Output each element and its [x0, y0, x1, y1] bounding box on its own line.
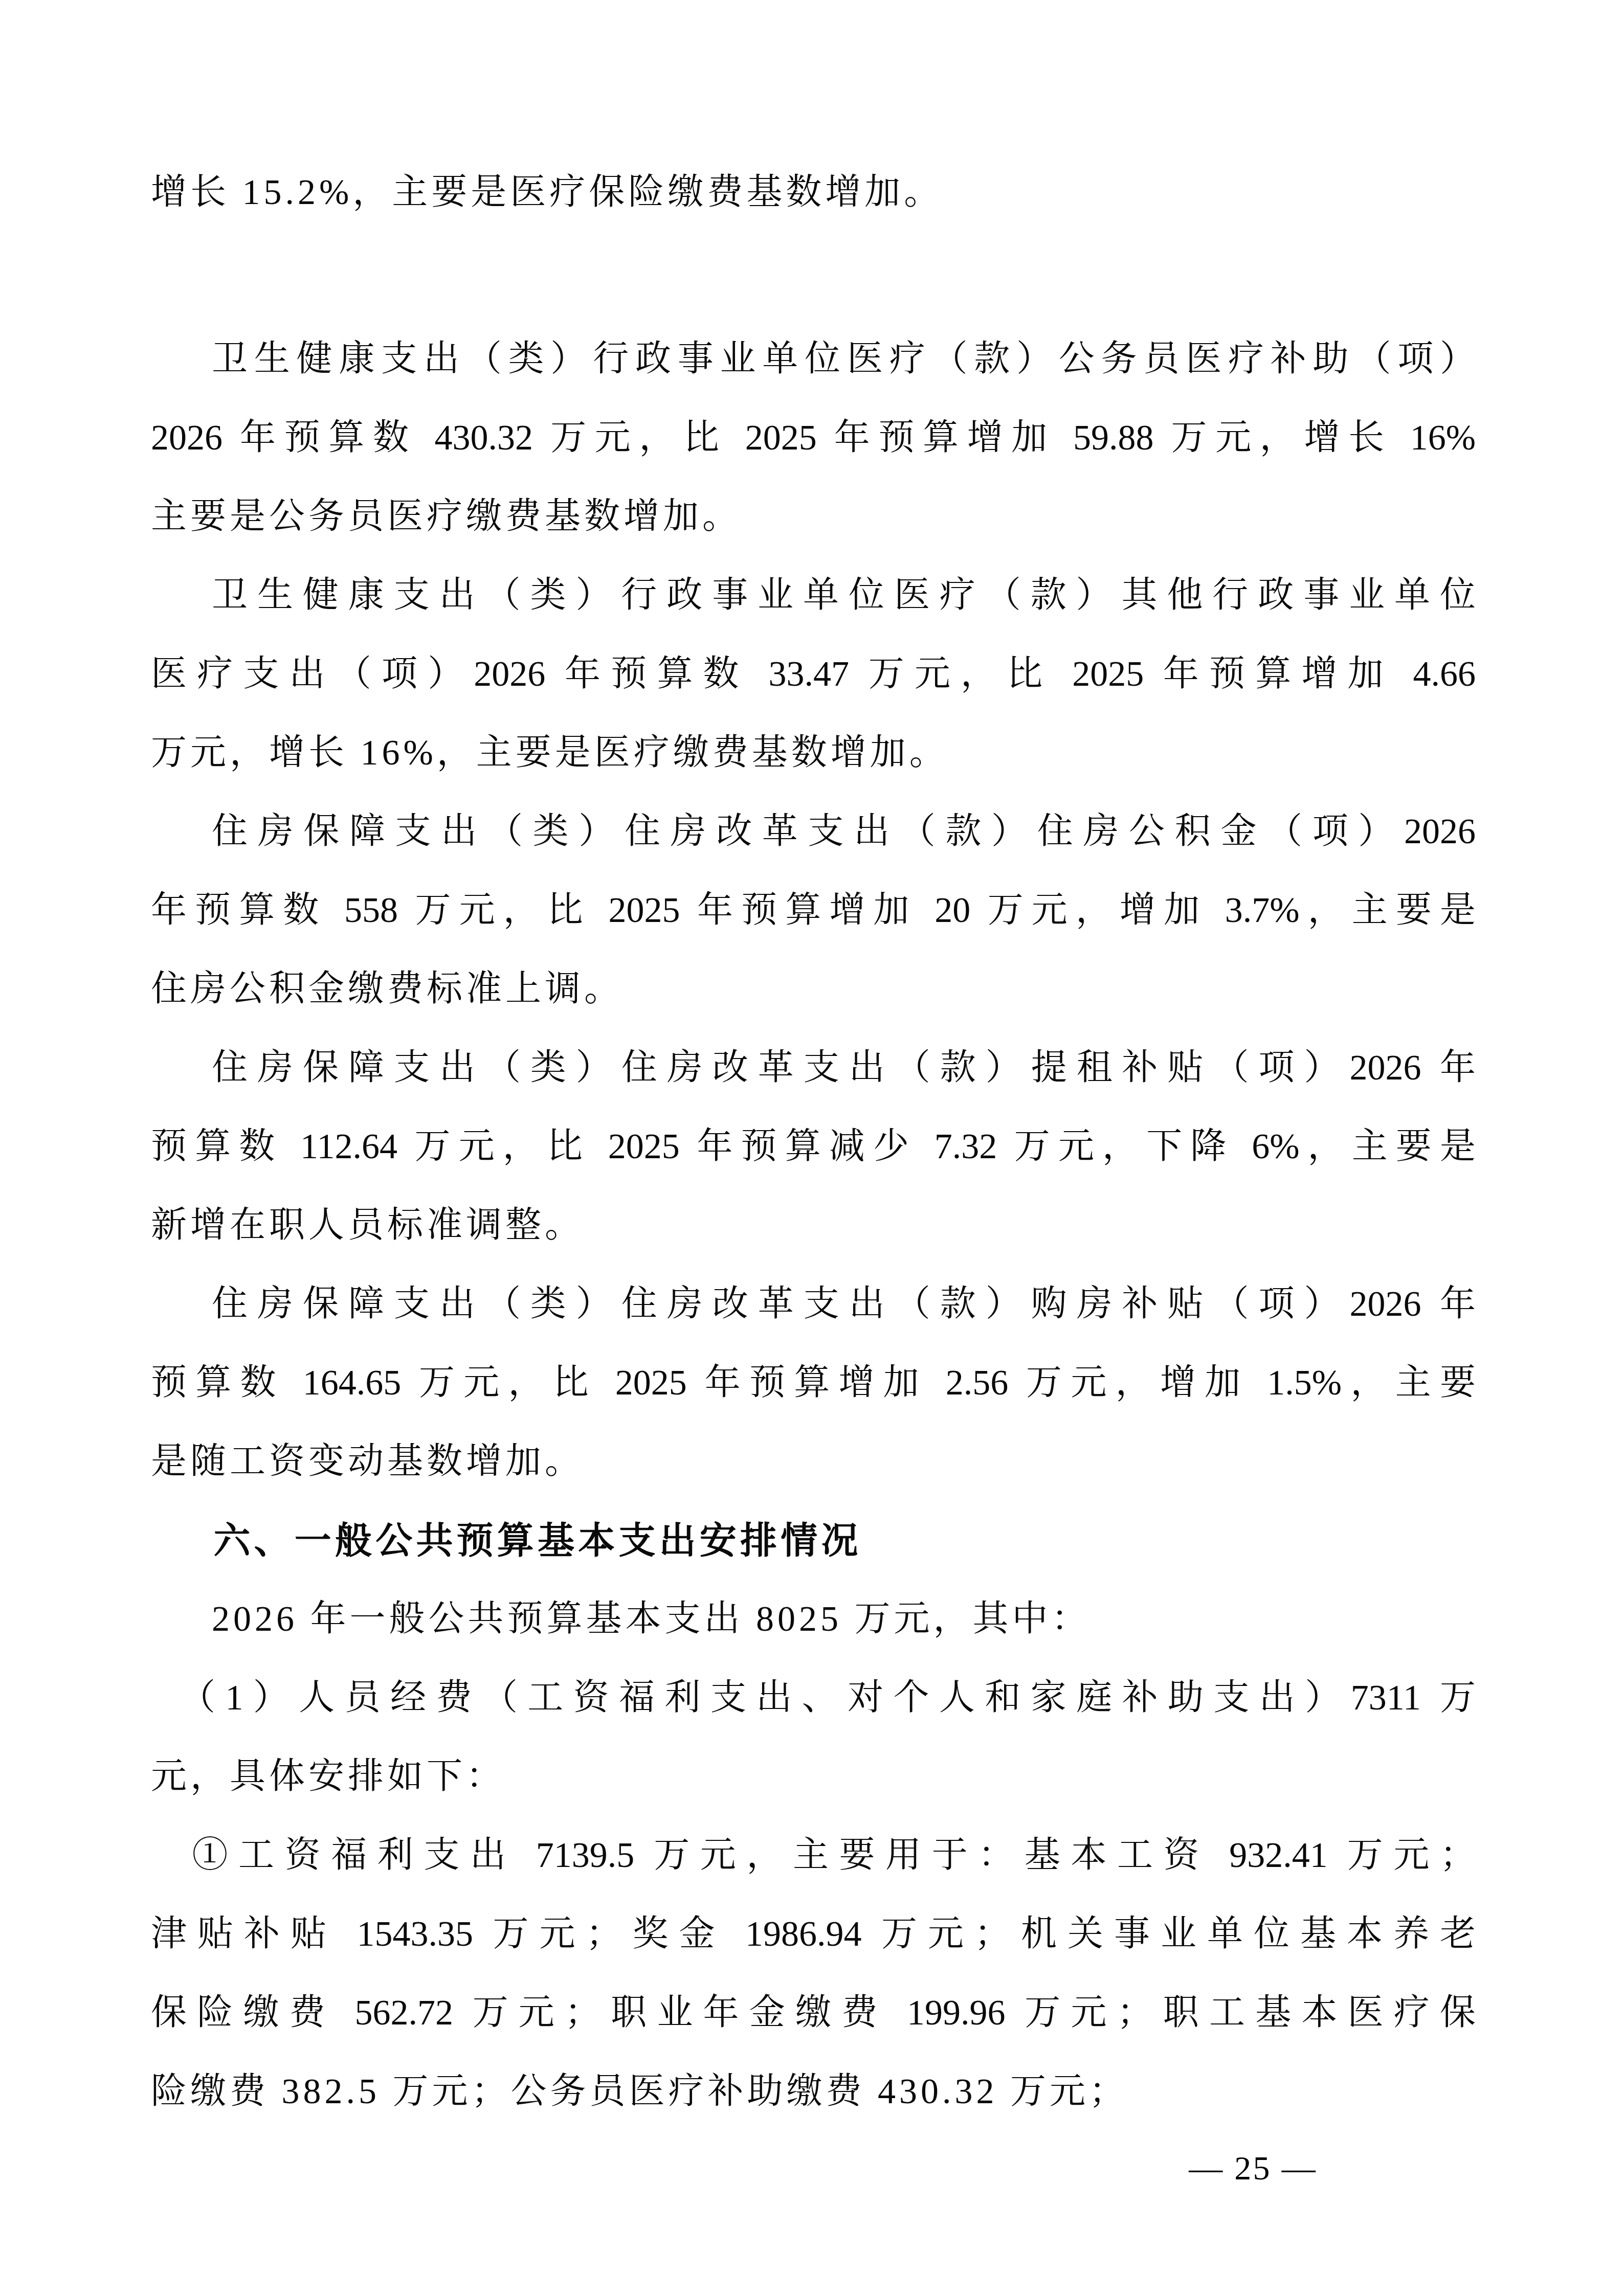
text-line: 元，具体安排如下：: [151, 1738, 1476, 1816]
document-body: 增长 15.2%，主要是医疗保险缴费基数增加。 卫生健康支出（类）行政事业单位医…: [151, 153, 1476, 2131]
text-line: 年预算数 558 万元，比 2025 年预算增加 20 万元，增加 3.7%，主…: [151, 871, 1476, 950]
text-line: 保险缴费 562.72 万元；职业年金缴费 199.96 万元；职工基本医疗保: [151, 1974, 1476, 2053]
text-line: 增长 15.2%，主要是医疗保险缴费基数增加。: [151, 153, 1476, 232]
text-line: 津贴补贴 1543.35 万元；奖金 1986.94 万元；机关事业单位基本养老: [151, 1895, 1476, 1974]
text-line: 预算数 112.64 万元，比 2025 年预算减少 7.32 万元，下降 6%…: [151, 1108, 1476, 1186]
text-line: 新增在职人员标准调整。: [151, 1186, 1476, 1265]
text-line: 险缴费 382.5 万元；公务员医疗补助缴费 430.32 万元；: [151, 2053, 1476, 2131]
text-line: 卫生健康支出（类）行政事业单位医疗（款）其他行政事业单位: [151, 556, 1476, 635]
text-line: 住房保障支出（类）住房改革支出（款）购房补贴（项）2026 年: [151, 1265, 1476, 1344]
text-line: 医疗支出（项）2026 年预算数 33.47 万元，比 2025 年预算增加 4…: [151, 635, 1476, 714]
text-line: 卫生健康支出（类）行政事业单位医疗（款）公务员医疗补助（项）: [151, 320, 1476, 399]
text-line: 预算数 164.65 万元，比 2025 年预算增加 2.56 万元，增加 1.…: [151, 1344, 1476, 1423]
text-line: 住房保障支出（类）住房改革支出（款）提租补贴（项）2026 年: [151, 1029, 1476, 1108]
section-heading: 六、一般公共预算基本支出安排情况: [151, 1501, 1476, 1580]
text-line: 2026 年预算数 430.32 万元，比 2025 年预算增加 59.88 万…: [151, 399, 1476, 478]
text-line: 万元，增长 16%，主要是医疗缴费基数增加。: [151, 714, 1476, 793]
text-line: 住房保障支出（类）住房改革支出（款）住房公积金（项）2026: [151, 793, 1476, 871]
text-line: 主要是公务员医疗缴费基数增加。: [151, 478, 1476, 556]
paragraph-gap: [151, 232, 1476, 320]
text-line: 住房公积金缴费标准上调。: [151, 950, 1476, 1029]
page-number: — 25 —: [1189, 2151, 1317, 2187]
text-line: 是随工资变动基数增加。: [151, 1423, 1476, 1501]
text-line: 2026 年一般公共预算基本支出 8025 万元，其中：: [151, 1580, 1476, 1659]
text-line: ①工资福利支出 7139.5 万元，主要用于：基本工资 932.41 万元；: [151, 1816, 1476, 1895]
text-line: （1）人员经费（工资福利支出、对个人和家庭补助支出）7311 万: [151, 1659, 1476, 1738]
document-page: 增长 15.2%，主要是医疗保险缴费基数增加。 卫生健康支出（类）行政事业单位医…: [0, 0, 1624, 2296]
